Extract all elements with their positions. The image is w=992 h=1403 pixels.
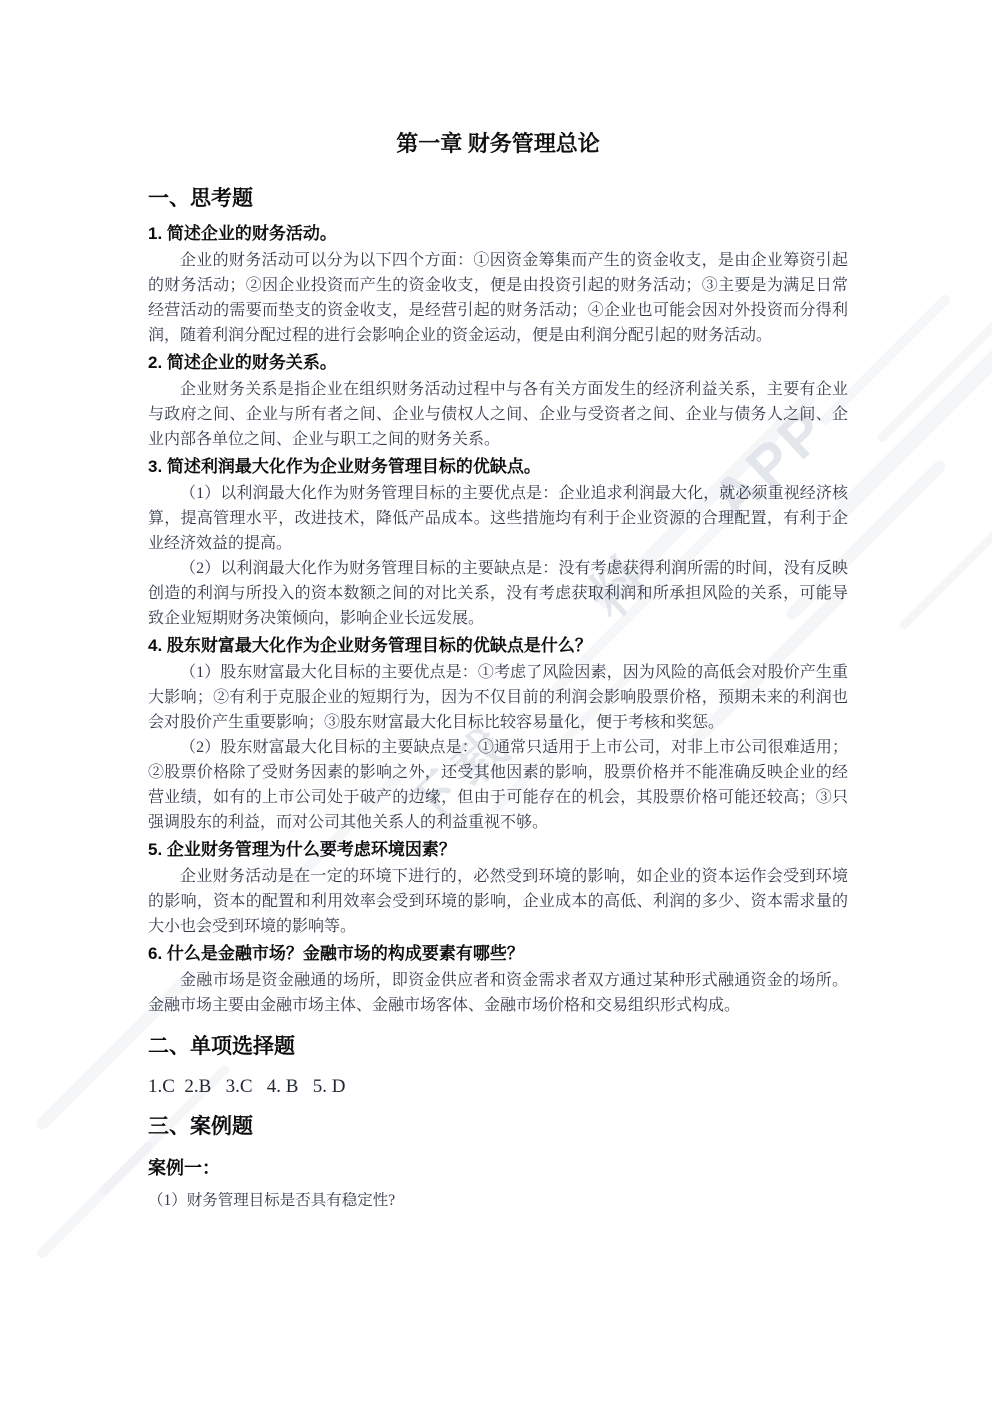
question-label: 6. 什么是金融市场？金融市场的构成要素有哪些？ (148, 942, 848, 966)
question-label: 2. 简述企业的财务关系。 (148, 351, 848, 375)
watermark-stripe (898, 519, 992, 631)
answer-paragraph: 金融市场是资金融通的场所，即资金供应者和资金需求者双方通过某种形式融通资金的场所… (148, 968, 848, 1018)
section-1-heading: 一、思考题 (148, 186, 848, 212)
section-3-heading: 三、案例题 (148, 1114, 848, 1140)
page-title: 第一章 财务管理总论 (148, 130, 848, 158)
document-content: 第一章 财务管理总论 一、思考题 1. 简述企业的财务活动。 企业的财务活动可以… (148, 0, 848, 1212)
question-label: 3. 简述利润最大化作为企业财务管理目标的优缺点。 (148, 455, 848, 479)
answer-paragraph: （1）以利润最大化作为财务管理目标的主要优点是：企业追求利润最大化，就必须重视经… (148, 481, 848, 556)
section-2-heading: 二、单项选择题 (148, 1034, 848, 1060)
answer-paragraph: 企业的财务活动可以分为以下四个方面：①因资金筹集而产生的资金收支，是由企业筹资引… (148, 248, 848, 348)
answer-paragraph: （2）以利润最大化作为财务管理目标的主要缺点是：没有考虑获得利润所需的时间，没有… (148, 556, 848, 631)
answer-paragraph: （2）股东财富最大化目标的主要缺点是：①通常只适用于上市公司，对非上市公司很难适… (148, 735, 848, 835)
watermark-stripe (35, 1140, 155, 1260)
answer-paragraph: （1）股东财富最大化目标的主要优点是：①考虑了风险因素，因为风险的高低会对股价产… (148, 660, 848, 735)
answer-paragraph: 企业财务活动是在一定的环境下进行的，必然受到环境的影响，如企业的资本运作会受到环… (148, 864, 848, 939)
question-label: 4. 股东财富最大化作为企业财务管理目标的优缺点是什么？ (148, 634, 848, 658)
answer-paragraph: 企业财务关系是指企业在组织财务活动过程中与各有关方面发生的经济利益关系，主要有企… (148, 377, 848, 452)
question-label: 5. 企业财务管理为什么要考虑环境因素？ (148, 838, 848, 862)
question-label: 1. 简述企业的财务活动。 (148, 222, 848, 246)
multiple-choice-answers: 1.C 2.B 3.C 4. B 5. D (148, 1076, 848, 1098)
document-page: 下载 料 APP 第一章 财务管理总论 一、思考题 1. 简述企业的财务活动。 … (0, 0, 992, 1403)
case-question: （1）财务管理目标是否具有稳定性? (148, 1190, 848, 1212)
case-label: 案例一： (148, 1156, 848, 1180)
